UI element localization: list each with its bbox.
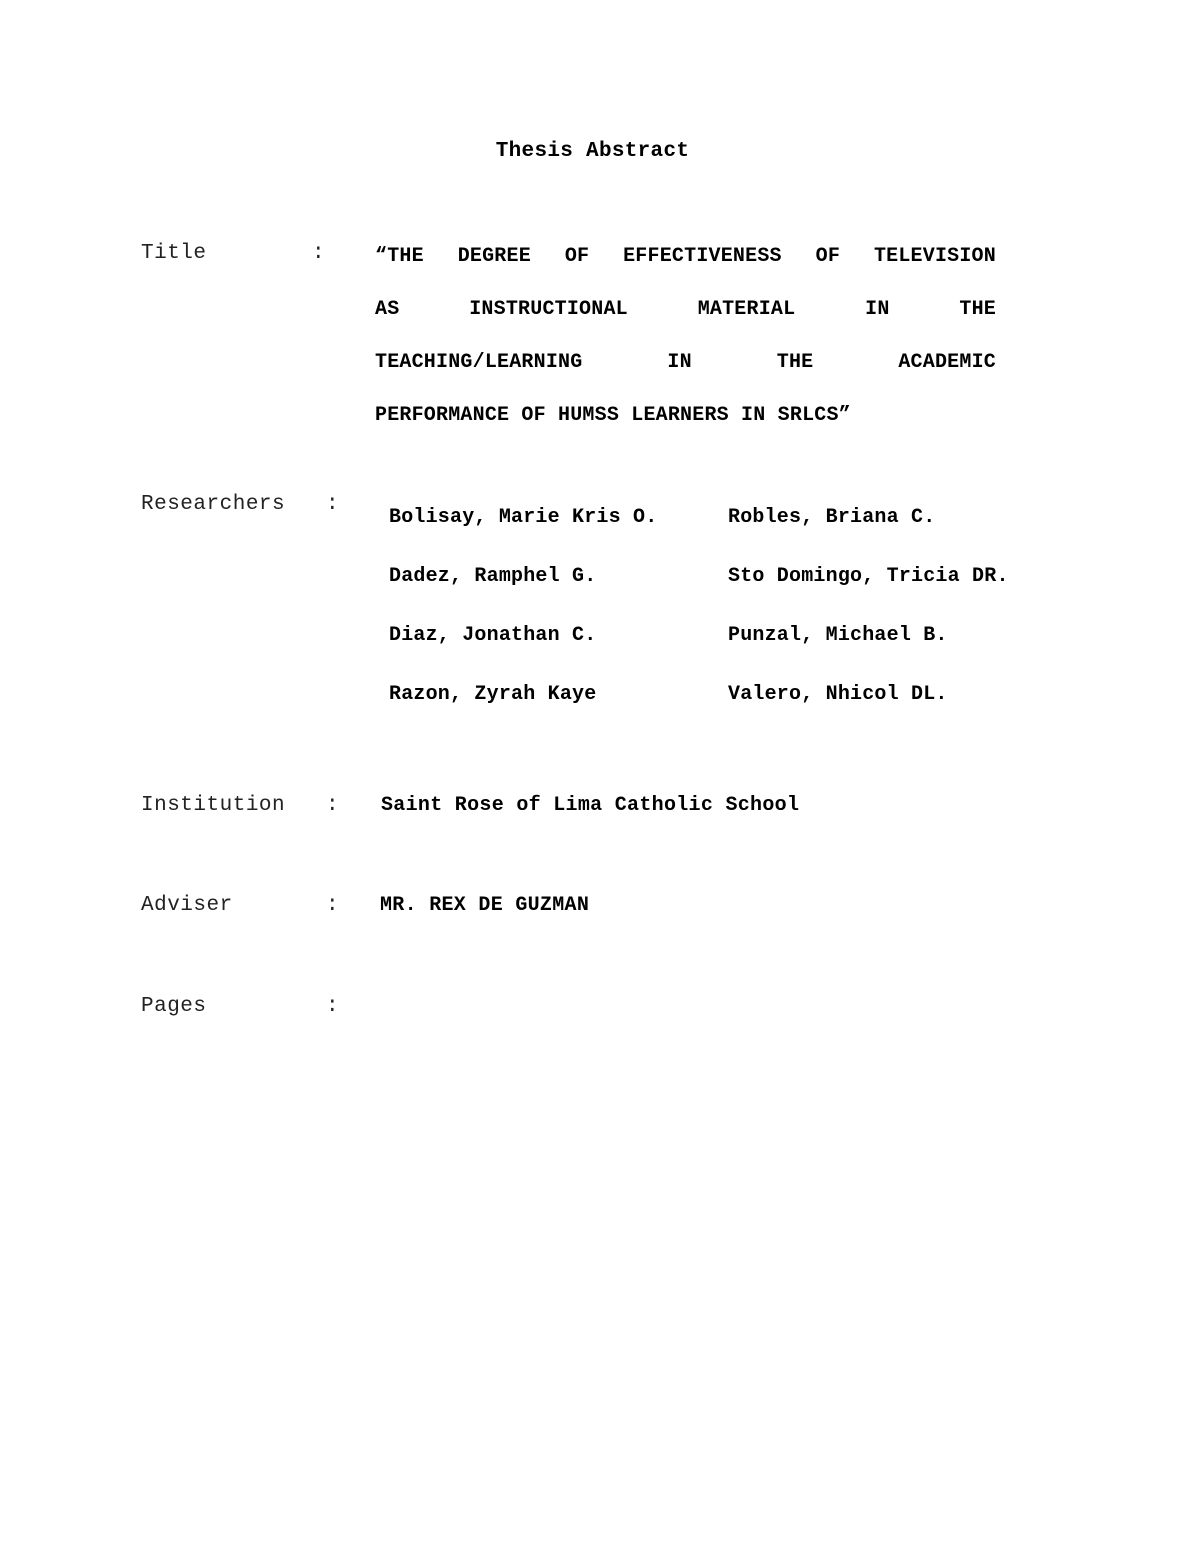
researcher-name: Robles, Briana C. (728, 506, 935, 529)
title-line-1: “THE DEGREE OF EFFECTIVENESS OF TELEVISI… (375, 245, 996, 268)
title-word: DEGREE (458, 245, 531, 268)
title-word: TELEVISION (874, 245, 996, 268)
document-page: Thesis Abstract Title : “THE DEGREE OF E… (0, 0, 1200, 1553)
title-label: Title (141, 242, 207, 265)
title-line-4: PERFORMANCE OF HUMSS LEARNERS IN SRLCS” (375, 404, 996, 427)
institution-colon: : (326, 794, 339, 817)
adviser-colon: : (326, 894, 339, 917)
researcher-name: Valero, Nhicol DL. (728, 683, 948, 706)
title-word: “THE (375, 245, 424, 268)
institution-value: Saint Rose of Lima Catholic School (381, 794, 799, 817)
title-line-3: TEACHING/LEARNING IN THE ACADEMIC (375, 351, 996, 374)
title-colon: : (312, 242, 325, 265)
title-word: INSTRUCTIONAL (469, 298, 628, 321)
researcher-name: Sto Domingo, Tricia DR. (728, 565, 1009, 588)
title-word: AS (375, 298, 399, 321)
adviser-label: Adviser (141, 894, 233, 917)
researcher-name: Bolisay, Marie Kris O. (389, 506, 657, 529)
pages-colon: : (326, 995, 339, 1018)
researcher-name: Razon, Zyrah Kaye (389, 683, 596, 706)
institution-label: Institution (141, 794, 285, 817)
title-word: MATERIAL (698, 298, 796, 321)
title-word: TEACHING/LEARNING (375, 351, 582, 374)
researcher-name: Dadez, Ramphel G. (389, 565, 596, 588)
title-word: ACADEMIC (898, 351, 996, 374)
title-word: OF (565, 245, 589, 268)
title-word: THE (959, 298, 996, 321)
researchers-colon: : (326, 493, 339, 516)
title-word: THE (777, 351, 814, 374)
researchers-label: Researchers (141, 493, 285, 516)
researcher-name: Punzal, Michael B. (728, 624, 948, 647)
title-word: EFFECTIVENESS (623, 245, 782, 268)
title-line-2: AS INSTRUCTIONAL MATERIAL IN THE (375, 298, 996, 321)
title-word: IN (865, 298, 889, 321)
pages-label: Pages (141, 995, 207, 1018)
title-word: OF (816, 245, 840, 268)
adviser-value: MR. REX DE GUZMAN (380, 894, 589, 917)
document-heading: Thesis Abstract (0, 140, 1185, 163)
title-text: PERFORMANCE OF HUMSS LEARNERS IN SRLCS” (375, 404, 851, 427)
researcher-name: Diaz, Jonathan C. (389, 624, 596, 647)
title-word: IN (667, 351, 691, 374)
